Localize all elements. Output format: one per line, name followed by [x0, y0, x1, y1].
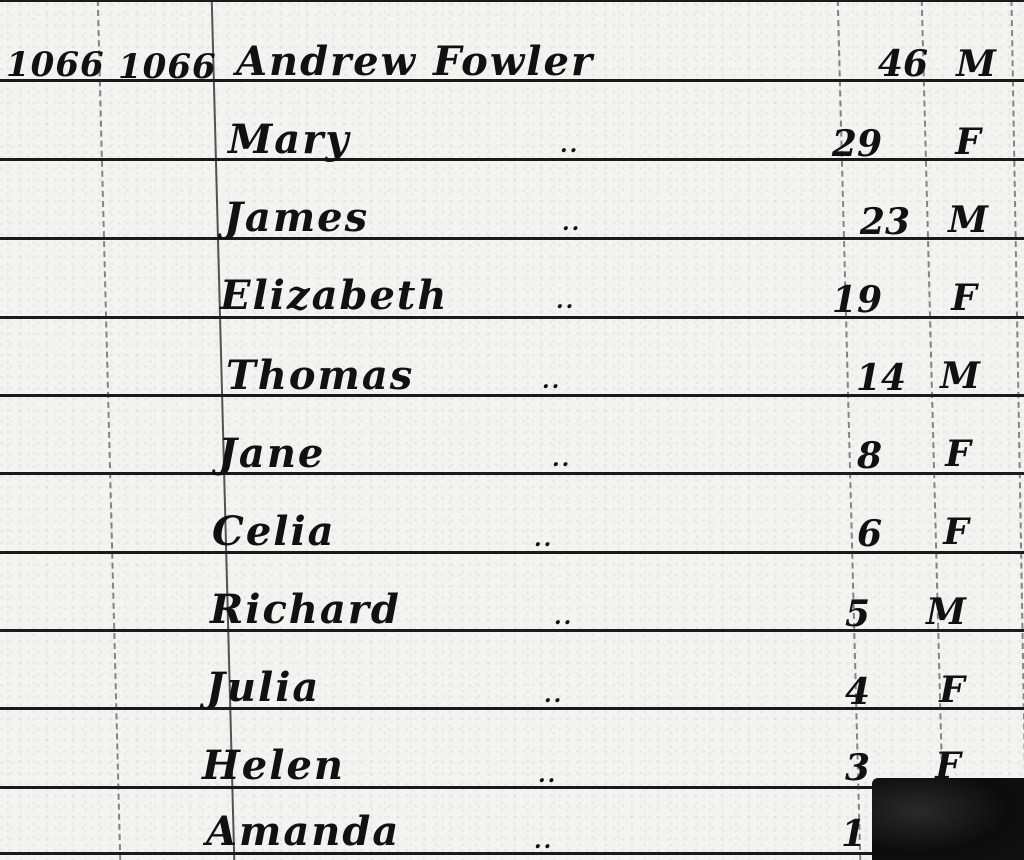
person-name: Richard	[210, 590, 401, 630]
ditto-mark: ..	[552, 448, 571, 470]
person-age: 23	[840, 204, 910, 240]
person-sex: F	[924, 280, 1004, 316]
person-name: Elizabeth	[220, 276, 449, 316]
person-age: 19	[812, 282, 882, 318]
ditto-mark: ..	[560, 134, 579, 156]
person-name: Andrew Fowler	[236, 42, 594, 82]
ditto-mark: ..	[544, 684, 563, 706]
census-page: 1066 1066 Andrew Fowler 46 M Mary .. 29 …	[0, 0, 1024, 860]
row-rule	[0, 707, 1024, 710]
person-name: Jane	[218, 434, 325, 474]
person-age: 6	[812, 516, 882, 552]
ditto-mark: ..	[556, 290, 575, 312]
person-name: James	[224, 198, 369, 238]
row-rule	[0, 629, 1024, 632]
ditto-mark: ..	[554, 606, 573, 628]
person-sex: M	[928, 202, 1008, 238]
person-age: 5	[800, 596, 870, 632]
person-name: Thomas	[226, 356, 414, 396]
ditto-mark: ..	[562, 212, 581, 234]
ink-blot	[872, 778, 1024, 860]
ditto-mark: ..	[534, 528, 553, 550]
ditto-mark: ..	[534, 830, 553, 852]
person-name: Mary	[228, 120, 351, 160]
row-rule	[0, 852, 1024, 855]
person-sex: F	[912, 672, 992, 708]
person-sex: M	[920, 358, 1000, 394]
person-sex: F	[918, 436, 998, 472]
person-sex: M	[936, 46, 1016, 82]
person-age: 46	[858, 46, 928, 82]
person-age: 3	[800, 750, 870, 786]
person-sex: F	[928, 124, 1008, 160]
person-age: 4	[800, 674, 870, 710]
person-age: 1	[796, 816, 866, 852]
family-number: 1066	[118, 50, 217, 84]
dwelling-number: 1066	[6, 48, 105, 82]
person-name: Celia	[212, 512, 336, 552]
person-sex: F	[916, 514, 996, 550]
row-rule	[0, 0, 1024, 2]
person-name: Amanda	[206, 812, 400, 852]
person-age: 8	[812, 438, 882, 474]
person-sex: M	[906, 594, 986, 630]
ditto-mark: ..	[542, 370, 561, 392]
column-rule	[1010, 0, 1024, 860]
person-name: Julia	[206, 668, 320, 708]
person-name: Helen	[202, 746, 345, 786]
person-age: 14	[836, 360, 906, 396]
ditto-mark: ..	[538, 764, 557, 786]
column-rule	[97, 0, 123, 860]
person-age: 29	[812, 126, 882, 162]
row-rule	[0, 786, 1024, 789]
